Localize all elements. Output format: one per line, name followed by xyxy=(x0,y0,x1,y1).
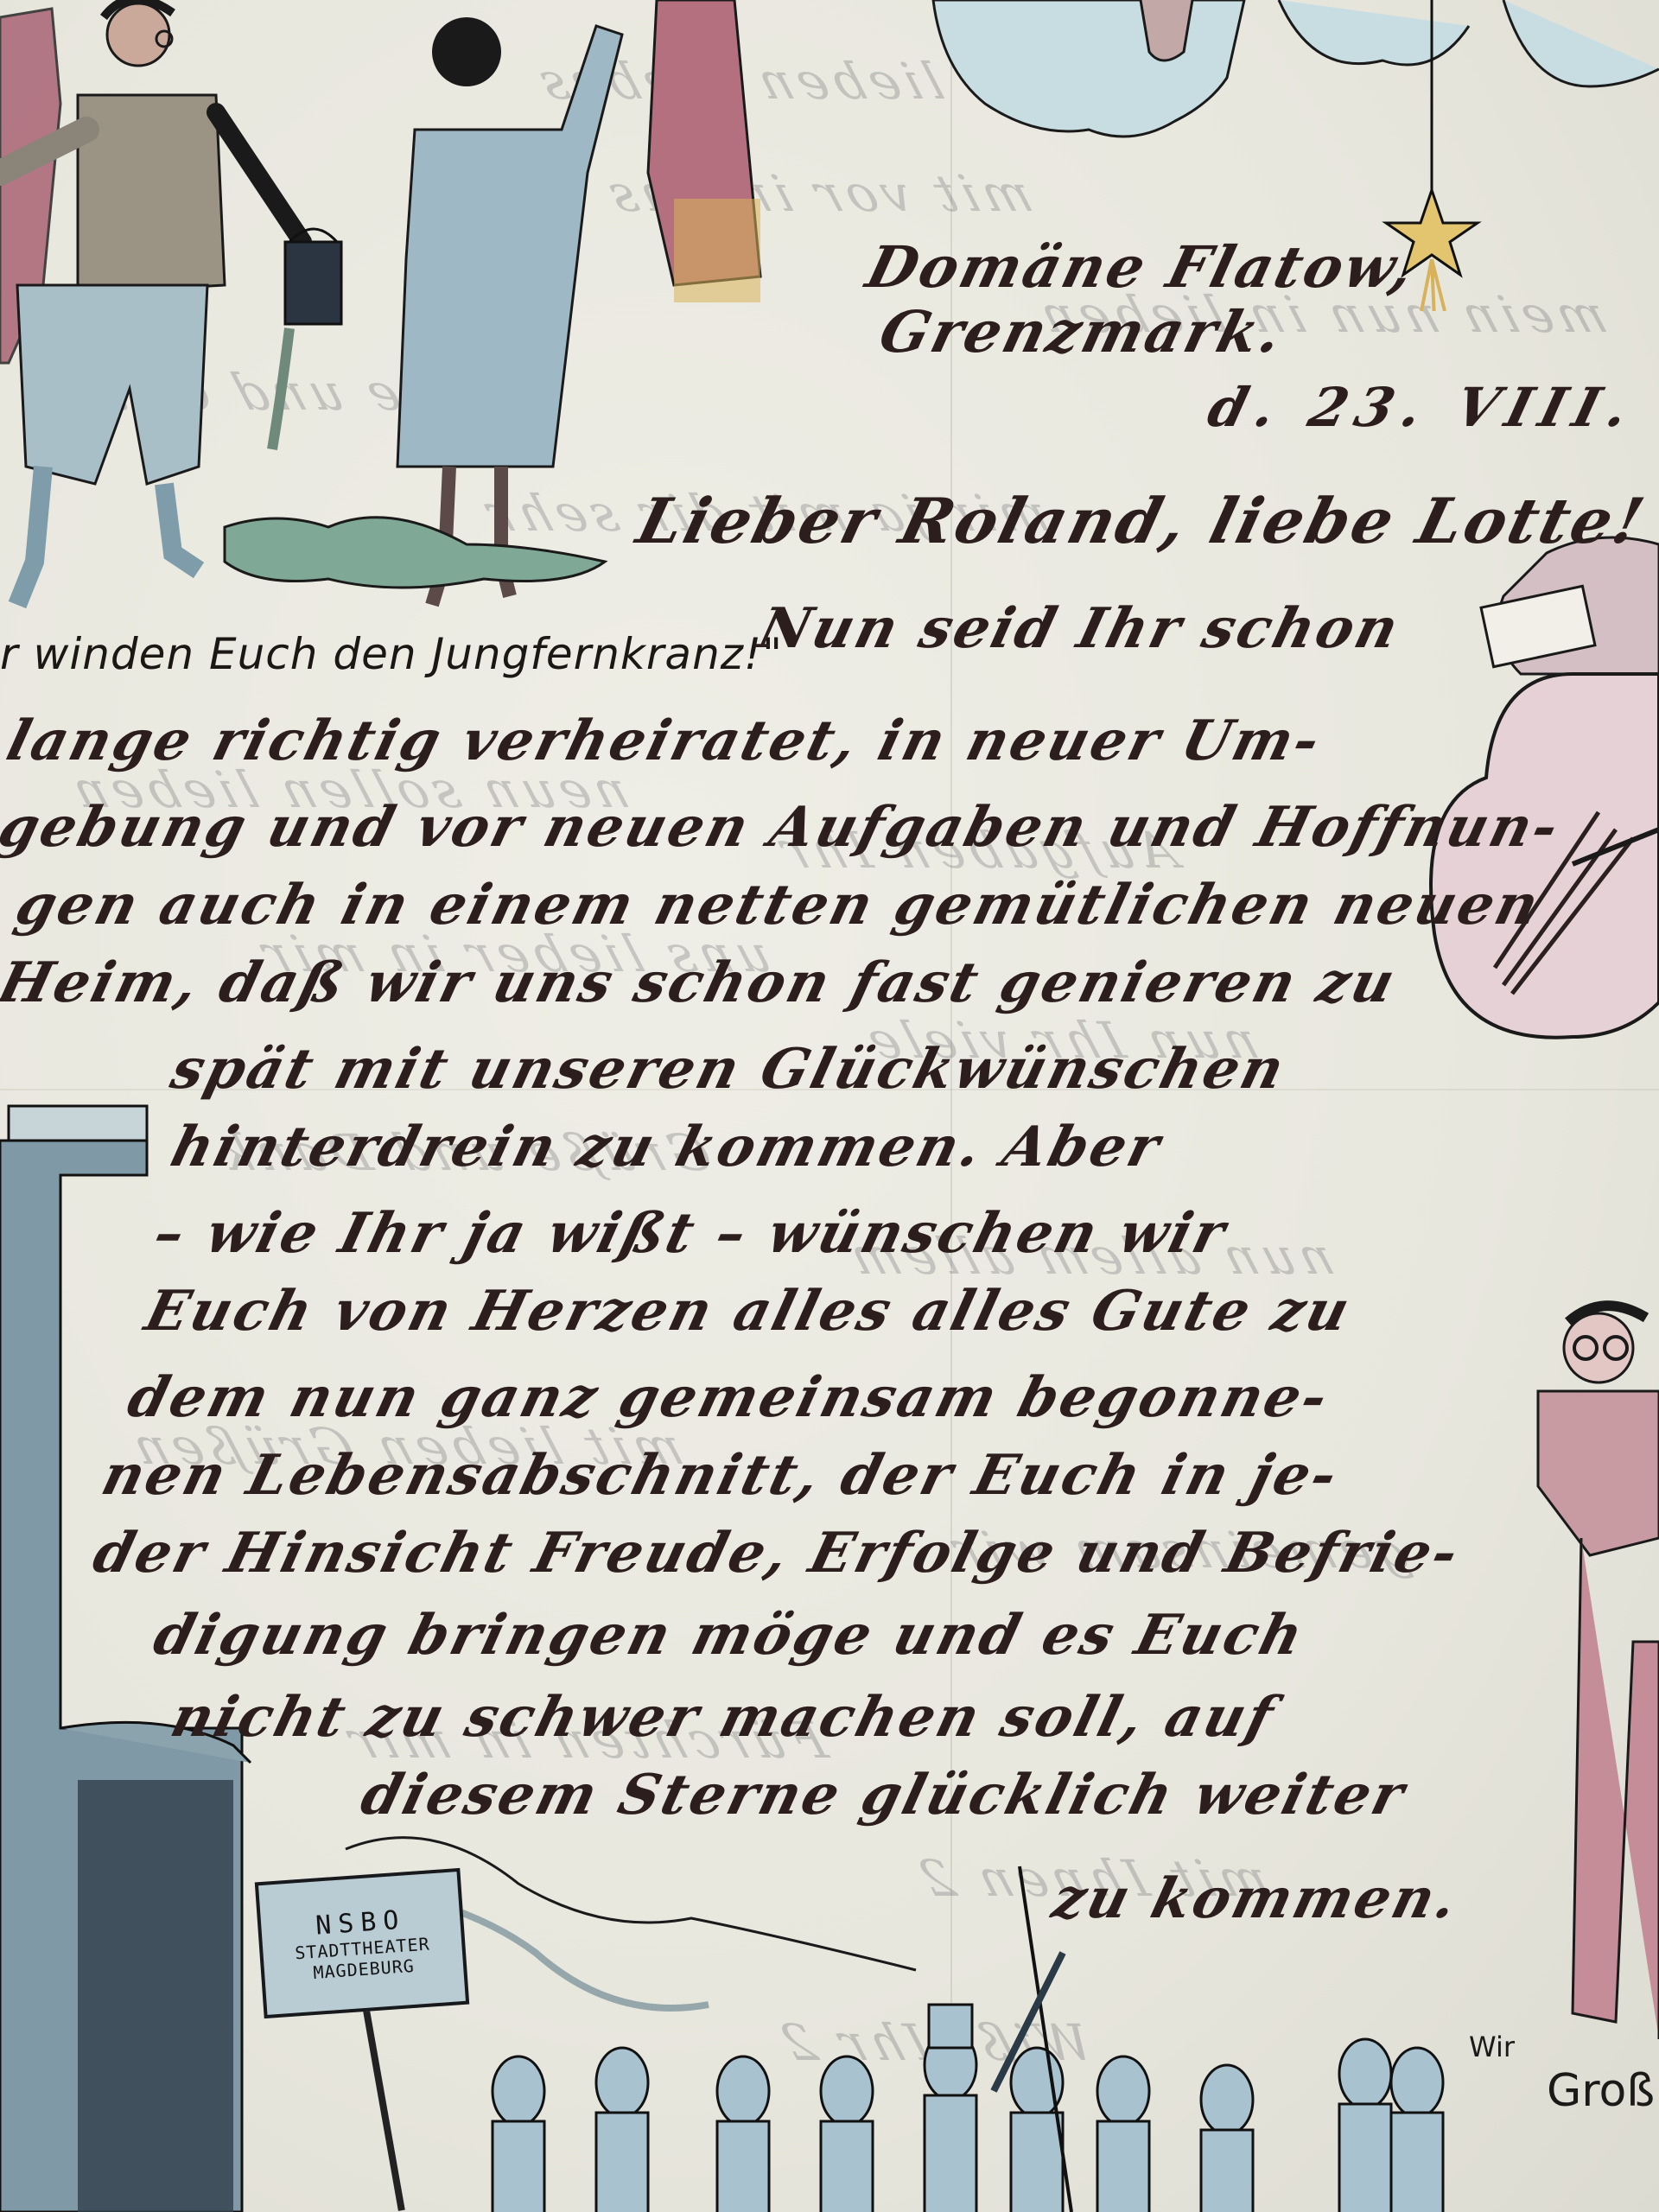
body-line: lange richtig verheiratet, in neuer Um- xyxy=(1,709,1329,773)
body-line: – wie Ihr ja wißt – wünschen wir xyxy=(148,1201,1234,1266)
body-line: spät mit unseren Glückwünschen xyxy=(165,1037,1293,1102)
body-line: dem nun ganz gemeinsam begonne- xyxy=(122,1365,1337,1430)
body-line: nicht zu schwer machen soll, auf xyxy=(165,1685,1282,1750)
nsbo-theatre-sign: NSBO STADTTHEATER MAGDEBURG xyxy=(255,1868,469,2018)
body-line: Euch von Herzen alles alles Gute zu xyxy=(139,1279,1358,1344)
body-line: Nun seid Ihr schon xyxy=(753,596,1408,661)
body-line: Heim, daß wir uns schon fast genieren zu xyxy=(0,950,1403,1015)
address-line-1: Domäne Flatow, xyxy=(860,233,1423,301)
body-line: der Hinsicht Freude, Erfolge und Befrie- xyxy=(87,1521,1467,1586)
salutation: Lieber Roland, liebe Lotte! xyxy=(630,484,1653,557)
caption-wir: Wir xyxy=(1469,2031,1515,2063)
caption-gross: Groß xyxy=(1547,2065,1655,2117)
illustration-man-in-pink-suit xyxy=(1486,1296,1659,2056)
body-line: hinterdrein zu kommen. Aber xyxy=(165,1115,1169,1179)
body-line: digung bringen möge und es Euch xyxy=(148,1603,1312,1668)
body-line: nen Lebensabschnitt, der Euch in je- xyxy=(96,1443,1346,1508)
body-line: diesem Sterne glücklich weiter xyxy=(355,1763,1413,1827)
address-line-2: Grenzmark. xyxy=(873,298,1291,365)
illustration-caption-jungfernkranz: r winden Euch den Jungfernkranz!" xyxy=(0,629,783,679)
body-line: gebung und vor neuen Aufgaben und Hoffnu… xyxy=(0,795,1567,860)
body-line: gen auch in einem netten gemütlichen neu… xyxy=(10,873,1548,938)
letter-date: d. 23. VIII. 1933. xyxy=(1202,376,1659,439)
body-line: zu kommen. xyxy=(1046,1866,1466,1931)
